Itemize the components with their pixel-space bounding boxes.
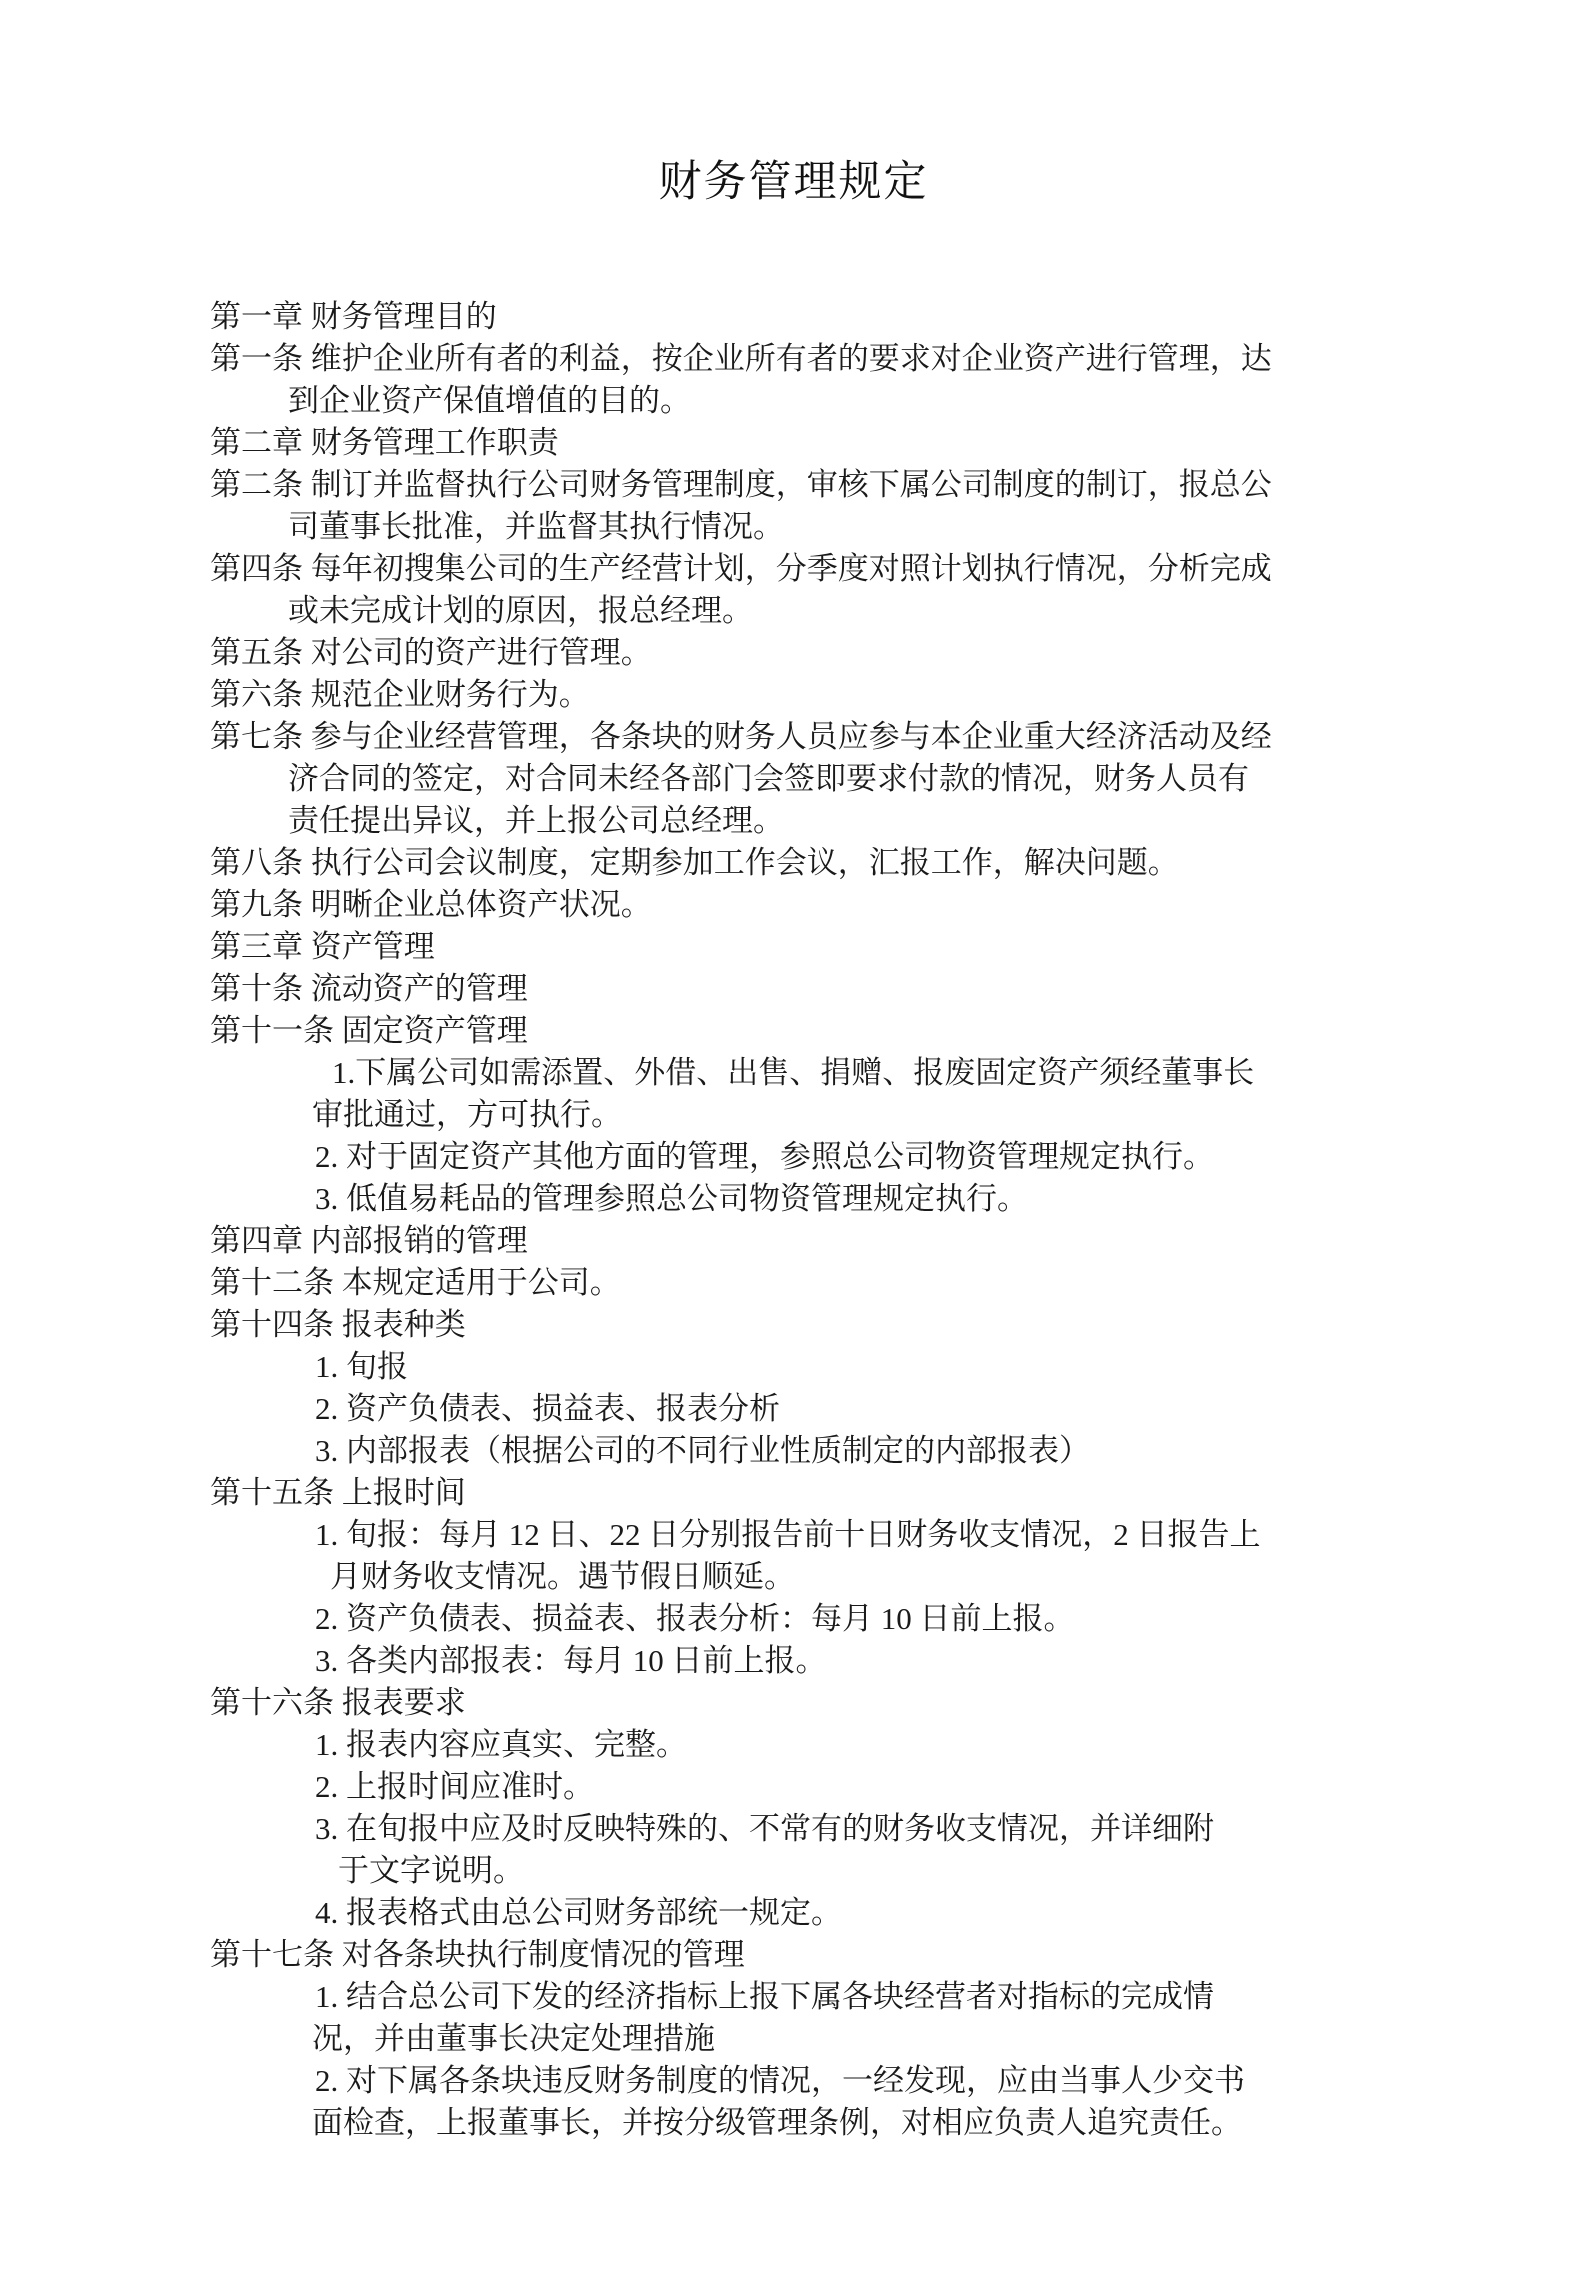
document-line: 责任提出异议，并上报公司总经理。 (288, 800, 1587, 842)
document-line: 第七条 参与企业经营管理，各条块的财务人员应参与本企业重大经济活动及经 (210, 716, 1587, 758)
document-line: 或未完成计划的原因，报总经理。 (288, 590, 1587, 632)
document-line: 3. 低值易耗品的管理参照总公司物资管理规定执行。 (315, 1178, 1587, 1220)
document-page: 财务管理规定 第一章 财务管理目的第一条 维护企业所有者的利益，按企业所有者的要… (0, 0, 1587, 2285)
document-line: 3. 在旬报中应及时反映特殊的、不常有的财务收支情况，并详细附 (315, 1808, 1587, 1850)
document-line: 第十六条 报表要求 (210, 1682, 1587, 1724)
document-body: 第一章 财务管理目的第一条 维护企业所有者的利益，按企业所有者的要求对企业资产进… (0, 296, 1587, 2144)
document-title: 财务管理规定 (0, 148, 1587, 209)
document-line: 第二章 财务管理工作职责 (210, 422, 1587, 464)
document-line: 面检查，上报董事长，并按分级管理条例，对相应负责人追究责任。 (312, 2102, 1587, 2144)
document-line: 1. 报表内容应真实、完整。 (315, 1724, 1587, 1766)
document-line: 2. 上报时间应准时。 (315, 1766, 1587, 1808)
document-line: 2. 对下属各条块违反财务制度的情况，一经发现，应由当事人少交书 (315, 2060, 1587, 2102)
document-line: 况，并由董事长决定处理措施 (312, 2018, 1587, 2060)
document-line: 第十四条 报表种类 (210, 1304, 1587, 1346)
document-line: 第六条 规范企业财务行为。 (210, 674, 1587, 716)
document-line: 第十二条 本规定适用于公司。 (210, 1262, 1587, 1304)
document-line: 第八条 执行公司会议制度，定期参加工作会议，汇报工作，解决问题。 (210, 842, 1587, 884)
document-line: 2. 对于固定资产其他方面的管理，参照总公司物资管理规定执行。 (315, 1136, 1587, 1178)
document-line: 第二条 制订并监督执行公司财务管理制度，审核下属公司制度的制订，报总公 (210, 464, 1587, 506)
document-line: 第三章 资产管理 (210, 926, 1587, 968)
document-line: 2. 资产负债表、损益表、报表分析 (315, 1388, 1587, 1430)
document-line: 2. 资产负债表、损益表、报表分析：每月 10 日前上报。 (315, 1598, 1587, 1640)
document-line: 济合同的签定，对合同未经各部门会签即要求付款的情况，财务人员有 (288, 758, 1587, 800)
document-line: 月财务收支情况。遇节假日顺延。 (330, 1556, 1587, 1598)
document-line: 4. 报表格式由总公司财务部统一规定。 (315, 1892, 1587, 1934)
document-line: 3. 各类内部报表：每月 10 日前上报。 (315, 1640, 1587, 1682)
document-line: 第四条 每年初搜集公司的生产经营计划，分季度对照计划执行情况，分析完成 (210, 548, 1587, 590)
document-line: 司董事长批准，并监督其执行情况。 (288, 506, 1587, 548)
document-line: 于文字说明。 (338, 1850, 1587, 1892)
document-line: 3. 内部报表（根据公司的不同行业性质制定的内部报表） (315, 1430, 1587, 1472)
document-line: 第十五条 上报时间 (210, 1472, 1587, 1514)
document-line: 第九条 明晰企业总体资产状况。 (210, 884, 1587, 926)
document-line: 第十条 流动资产的管理 (210, 968, 1587, 1010)
document-line: 1.下属公司如需添置、外借、出售、捐赠、报废固定资产须经董事长 (332, 1052, 1587, 1094)
document-line: 到企业资产保值增值的目的。 (288, 380, 1587, 422)
document-line: 审批通过，方可执行。 (312, 1094, 1587, 1136)
document-line: 1. 旬报：每月 12 日、22 日分别报告前十日财务收支情况，2 日报告上 (315, 1514, 1587, 1556)
document-line: 第四章 内部报销的管理 (210, 1220, 1587, 1262)
document-line: 第一条 维护企业所有者的利益，按企业所有者的要求对企业资产进行管理，达 (210, 338, 1587, 380)
document-line: 第五条 对公司的资产进行管理。 (210, 632, 1587, 674)
document-line: 1. 旬报 (315, 1346, 1587, 1388)
document-line: 第十一条 固定资产管理 (210, 1010, 1587, 1052)
document-line: 第十七条 对各条块执行制度情况的管理 (210, 1934, 1587, 1976)
document-line: 1. 结合总公司下发的经济指标上报下属各块经营者对指标的完成情 (315, 1976, 1587, 2018)
document-line: 第一章 财务管理目的 (210, 296, 1587, 338)
